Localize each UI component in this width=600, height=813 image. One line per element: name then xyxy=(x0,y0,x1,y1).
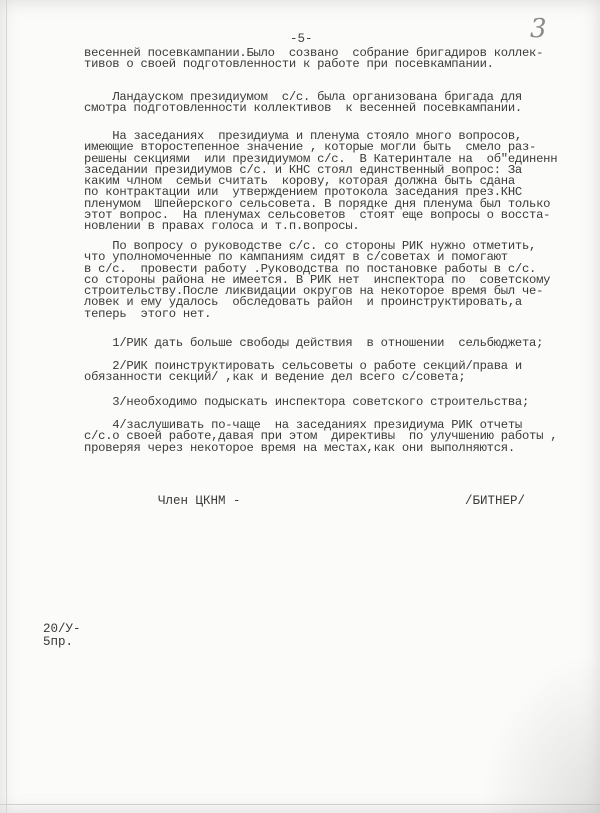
handwritten-folio-number: 3 xyxy=(530,14,547,44)
page-edge-left xyxy=(6,0,7,813)
paragraph-1: весенней посевкампании.Было созвано собр… xyxy=(84,48,543,71)
signature-name: /БИТНЕР/ xyxy=(465,494,525,508)
list-item-3: 3/необходимо подыскать инспектора советс… xyxy=(84,397,529,408)
page-number: -5- xyxy=(290,32,313,46)
list-item-4: 4/заслушивать по-чаще на заседаниях през… xyxy=(84,420,557,454)
signature-title: Член ЦКНМ - xyxy=(158,494,241,508)
page-shadow xyxy=(480,653,600,813)
paragraph-4: По вопросу о руководстве с/с. со стороны… xyxy=(84,241,550,320)
list-item-1: 1/РИК дать больше свободы действия в отн… xyxy=(84,338,543,349)
paragraph-3: На заседаниях президиума и пленума стоял… xyxy=(84,131,557,233)
document-page: 3 -5- весенней посевкампании.Было созван… xyxy=(0,0,600,813)
date-note: 20/У- 5пр. xyxy=(43,623,81,649)
paragraph-2: Ландауском президиумом с/с. была организ… xyxy=(84,92,522,115)
list-item-2: 2/РИК поинструктировать сельсоветы о раб… xyxy=(84,361,522,384)
